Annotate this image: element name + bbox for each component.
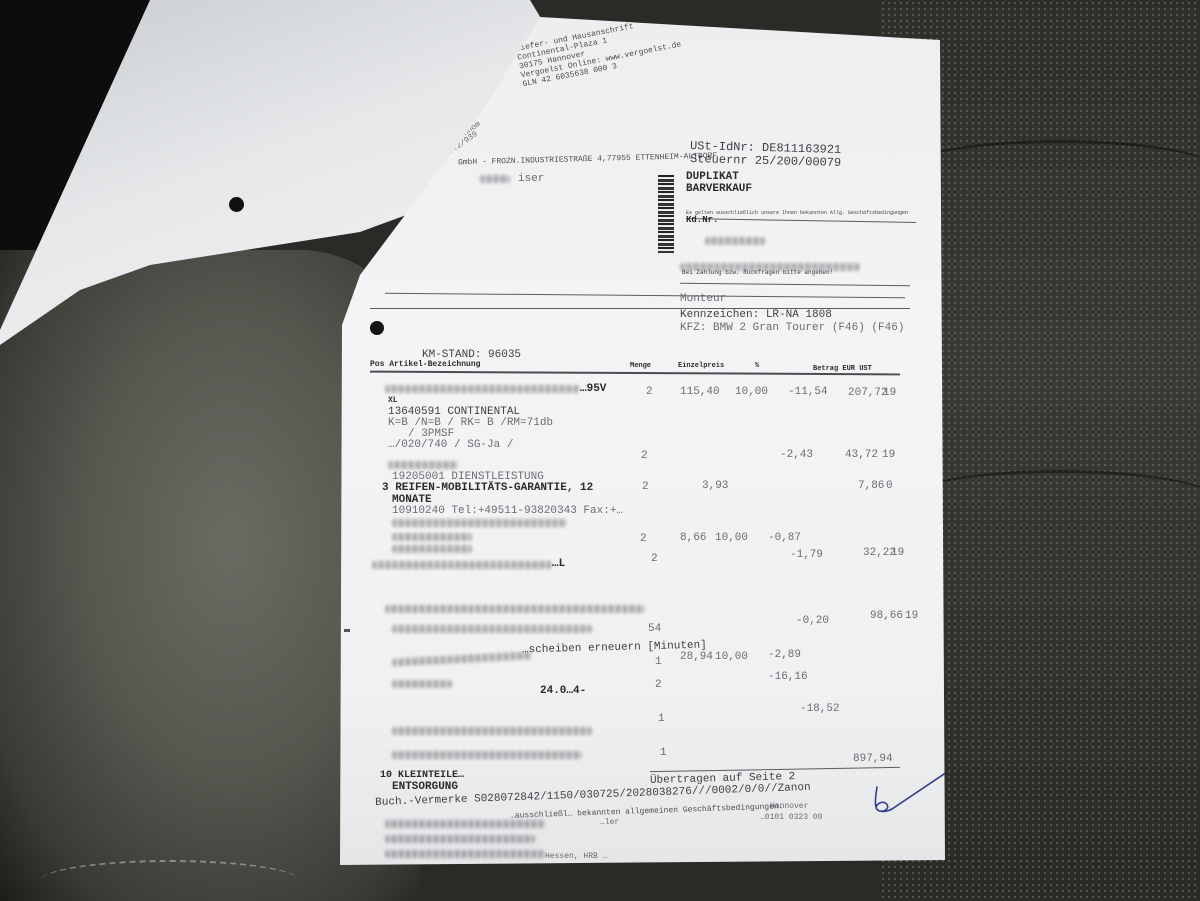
seat-seam — [900, 140, 1200, 203]
punch-hole — [370, 321, 384, 335]
pos10-description: ENTSORGUNG — [392, 781, 458, 793]
seat-seam — [900, 470, 1200, 533]
row-amount: 207,72 — [848, 387, 888, 399]
row-discount: -18,52 — [800, 703, 840, 715]
row-discount: -2,89 — [768, 649, 801, 661]
row-description: …95V — [580, 383, 606, 395]
redacted-text — [385, 835, 535, 843]
divider — [680, 283, 910, 286]
mechanic-label: Monteur — [680, 293, 726, 305]
row-price: 115,40 — [680, 386, 720, 398]
pos10-description: 10 KLEINTEILE… — [380, 770, 464, 781]
row-discount: -0,20 — [796, 615, 829, 627]
dealer-fragment: …ler — [600, 818, 619, 827]
supplier-address: Liefer- und Hausanschrift Continental-Pl… — [515, 14, 684, 89]
row-qty: 2 — [642, 481, 649, 493]
fold-mark — [344, 629, 350, 632]
divider — [385, 293, 905, 299]
seat-stitching — [40, 860, 300, 901]
divider — [686, 218, 916, 223]
redacted-text — [385, 850, 545, 858]
redacted-text — [372, 561, 552, 569]
redacted-text — [480, 175, 510, 183]
col-unit-price: Einzelpreis — [678, 362, 724, 370]
redacted-text — [385, 820, 545, 828]
row-vat: 19 — [891, 547, 904, 559]
redacted-text — [385, 605, 645, 613]
tax-number: Steuernr 25/200/00079 — [690, 152, 842, 170]
row-qty: 2 — [646, 386, 653, 398]
row-amount: 43,72 — [845, 449, 878, 461]
row-vat: 0 — [886, 480, 893, 492]
row-percent: 10,00 — [735, 386, 768, 398]
redacted-text — [392, 751, 582, 759]
row-qty: 1 — [658, 713, 665, 725]
redacted-text — [392, 727, 592, 735]
row-discount: -2,43 — [780, 449, 813, 461]
row-qty: 2 — [641, 450, 648, 462]
row-description: …/020/740 / SG-Ja / — [388, 439, 513, 451]
row-discount: -0,87 — [768, 532, 801, 544]
license-plate: Kennzeichen: LR-NA 1808 — [680, 309, 832, 321]
payment-note: Bei Zahlung bzw. Rückfragen bitte angebe… — [682, 269, 833, 276]
row-description: …L — [552, 558, 565, 570]
terms-line: …ausschließl… bekannten allgemeinen Gesc… — [510, 802, 784, 821]
row-vat: 19 — [882, 449, 895, 461]
vehicle-model: KFZ: BMW 2 Gran Tourer (F46) (F46) — [680, 322, 904, 334]
sender-line: GmbH - FROZN.INDUSTRIESTRAßE 4,77955 ETT… — [458, 152, 717, 168]
row-price: 8,66 — [680, 532, 706, 544]
location-fragment: Hannover — [770, 802, 808, 811]
redacted-text — [392, 545, 472, 553]
row-vat: 19 — [905, 610, 918, 622]
redacted-text — [705, 237, 765, 245]
redacted-text — [392, 680, 452, 688]
redacted-text — [392, 651, 532, 666]
bottom-fragment: Hessen, HRB … — [545, 852, 607, 861]
recipient-fragment: iser — [518, 173, 544, 185]
col-description: Pos Artikel-Bezeichnung — [370, 360, 480, 369]
row-price: 28,94 — [680, 651, 713, 663]
redacted-text — [385, 385, 580, 393]
row-discount: -1,79 — [790, 549, 823, 561]
row-qty: 2 — [640, 533, 647, 545]
redacted-text — [392, 625, 592, 633]
row-qty: 2 — [651, 553, 658, 565]
redacted-text — [392, 533, 472, 541]
row-percent: 10,00 — [715, 651, 748, 663]
row-description: 3 REIFEN-MOBILITÄTS-GARANTIE, 12 — [382, 482, 593, 494]
account-fragment: …0101 0323 00 — [760, 813, 822, 822]
punch-hole — [229, 197, 244, 212]
row-qty: 1 — [660, 747, 667, 759]
row-qty: 54 — [648, 623, 661, 635]
row-description: 24.0…4- — [540, 685, 586, 697]
redacted-text — [392, 519, 567, 527]
customer-no-label: Kd.Nr. — [686, 215, 718, 225]
row-qty: 1 — [655, 656, 662, 668]
col-percent: % — [755, 362, 759, 370]
terms-note: Es gelten ausschließlich unsere Ihnen be… — [686, 210, 908, 216]
row-amount: 7,86 — [858, 480, 884, 492]
doc-type-cash-sale: BARVERKAUF — [686, 183, 752, 195]
row-description: 10910240 Tel:+49511-93820343 Fax:+… — [392, 505, 623, 517]
row-amount: 98,66 — [870, 610, 903, 622]
col-amount: Betrag EUR UST — [813, 365, 872, 373]
barcode — [658, 175, 674, 253]
doc-type-duplicate: DUPLIKAT — [686, 171, 739, 183]
row-vat: 19 — [883, 387, 896, 399]
row-description: XL — [388, 396, 398, 405]
col-quantity: Menge — [630, 362, 651, 370]
carry-over-total: 897,94 — [853, 753, 893, 765]
row-percent: 10,00 — [715, 532, 748, 544]
row-qty: 2 — [655, 679, 662, 691]
row-discount: -11,54 — [788, 386, 828, 398]
redacted-text — [388, 461, 458, 469]
row-price: 3,93 — [702, 480, 728, 492]
row-discount: -16,16 — [768, 671, 808, 683]
